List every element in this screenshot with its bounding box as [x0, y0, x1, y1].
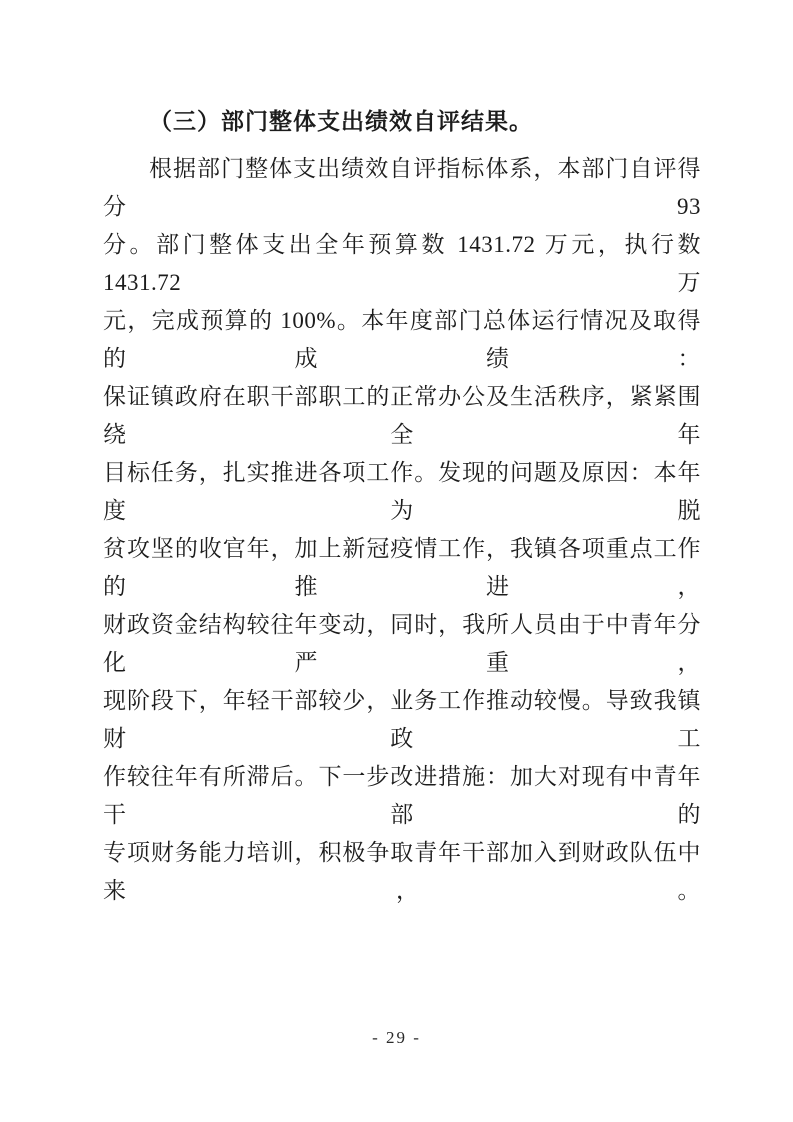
- body-line: 现阶段下，年轻干部较少，业务工作推动较慢。导致我镇财政工: [103, 682, 701, 758]
- body-line: 根据部门整体支出绩效自评指标体系，本部门自评得分 93: [103, 150, 701, 226]
- body-line: 分。部门整体支出全年预算数 1431.72 万元，执行数 1431.72 万: [103, 226, 701, 302]
- document-body: （三）部门整体支出绩效自评结果。 根据部门整体支出绩效自评指标体系，本部门自评得…: [103, 103, 701, 910]
- body-line: 专项财务能力培训，积极争取青年干部加入到财政队伍中来，。: [103, 834, 701, 910]
- body-line: 财政资金结构较往年变动，同时，我所人员由于中青年分化严重，: [103, 606, 701, 682]
- body-line: 贫攻坚的收官年，加上新冠疫情工作，我镇各项重点工作的推进，: [103, 530, 701, 606]
- document-page: （三）部门整体支出绩效自评结果。 根据部门整体支出绩效自评指标体系，本部门自评得…: [0, 0, 793, 1122]
- body-line: 目标任务，扎实推进各项工作。发现的问题及原因：本年度为脱: [103, 454, 701, 530]
- body-line: 保证镇政府在职干部职工的正常办公及生活秩序，紧紧围绕全年: [103, 378, 701, 454]
- body-line: 元，完成预算的 100%。本年度部门总体运行情况及取得的成绩：: [103, 302, 701, 378]
- section-heading: （三）部门整体支出绩效自评结果。: [103, 103, 701, 141]
- page-number: - 29 -: [0, 1028, 793, 1048]
- body-line: 作较往年有所滞后。下一步改进措施：加大对现有中青年干部的: [103, 758, 701, 834]
